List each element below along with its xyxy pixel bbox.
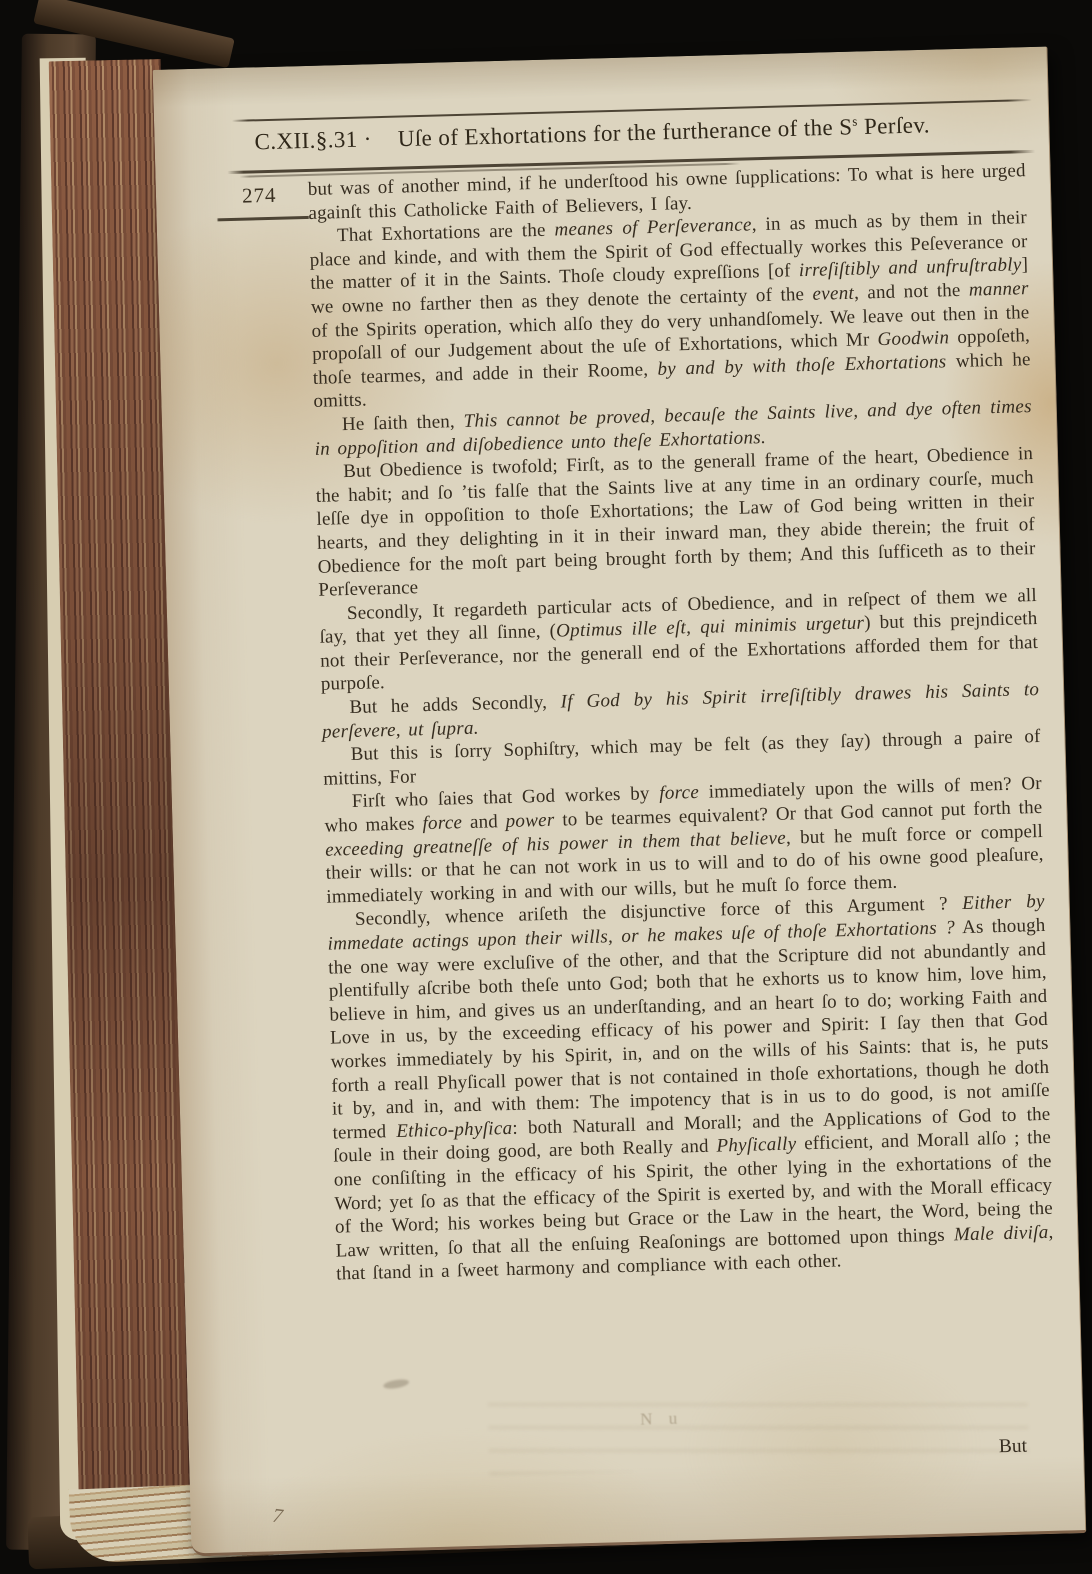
running-head-title: Uſe of Exhortations for the furtherance … (397, 109, 1032, 152)
ink-smudge (383, 1378, 410, 1390)
book-photograph: C.XII.§.31 · Uſe of Exhortations for the… (0, 0, 1092, 1574)
body-text: but was of another mind, if he underſtoo… (308, 159, 1055, 1286)
page-number: 274 (242, 183, 277, 209)
handwritten-mark: 7 (271, 1505, 284, 1529)
paragraph: But Obedience is twofold; Firſt, as to t… (315, 442, 1036, 602)
paragraph: Secondly, whence ariſeth the disjunctive… (327, 890, 1055, 1286)
paragraph: Firſt who ſaies that God workes by force… (324, 772, 1045, 909)
catchword: But (999, 1436, 1028, 1459)
showthrough-signature: N u (640, 1409, 684, 1430)
book-page: C.XII.§.31 · Uſe of Exhortations for the… (153, 47, 1087, 1557)
chapter-reference: C.XII.§.31 · (254, 126, 372, 156)
showthrough-text-smudge (488, 1384, 1030, 1476)
page-number-rule (217, 216, 311, 221)
paragraph: That Exhortations are the meanes of Perſ… (309, 206, 1032, 413)
